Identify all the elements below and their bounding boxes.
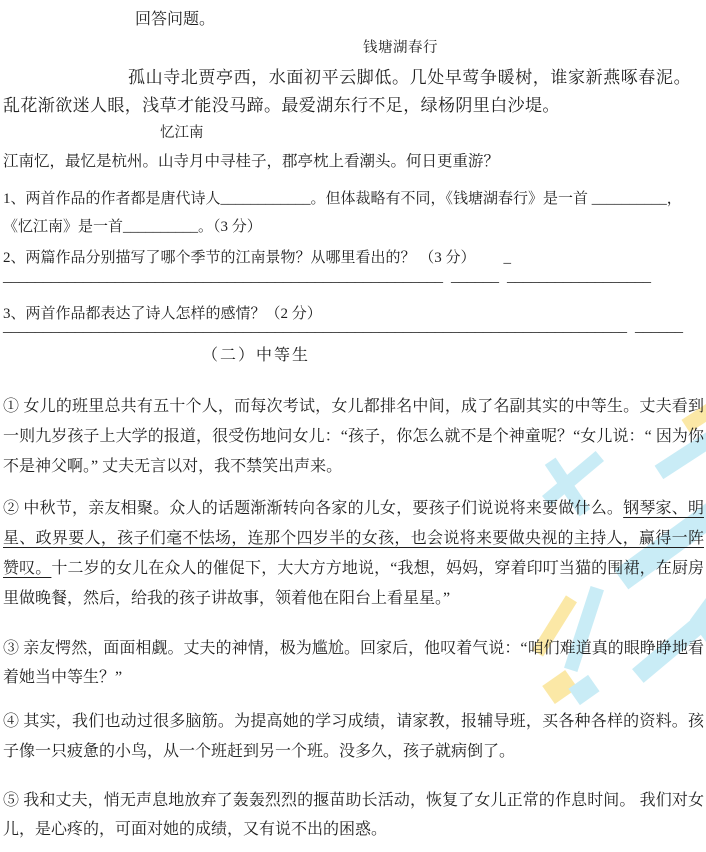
intro-line: 回答问题。 <box>3 6 704 29</box>
question2-inline-blank: _ <box>504 250 512 266</box>
question3-answer-line: ________________________________________… <box>3 316 704 338</box>
paragraph2-post: 十二岁的女儿在众人的催促下，大大方方地说，“我想，妈妈，穿着印叮当猫的围裙，在厨… <box>3 560 704 607</box>
question2: 2、两篇作品分别描写了哪个季节的江南景物？从哪里看出的？ （3 分）_ <box>3 246 704 267</box>
section2-paragraph-1: ① 女儿的班里总共有五十个人，而每次考试，女儿都排名中间，成了名副其实的中等生。… <box>3 392 704 482</box>
poem2-title: 忆江南 <box>3 121 704 142</box>
question2-answer-line: ________________________________________… <box>3 266 704 288</box>
paragraph2-pre: ② 中秋节，亲友相聚。众人的话题渐渐转向各家的儿女，要孩子们说说将来要做什么。 <box>3 500 623 517</box>
section2-paragraph-5: ⑤ 我和丈夫，悄无声息地放弃了轰轰烈烈的揠苗助长活动，恢复了女儿正常的作息时间。… <box>3 786 704 844</box>
poem1-title: 钱塘湖春行 <box>3 36 704 57</box>
question1-line1: 1、两首作品的作者都是唐代诗人____________。但体裁略有不同，《钱塘湖… <box>3 187 704 208</box>
section2-paragraph-4: ④ 其实，我们也动过很多脑筋。为提高她的学习成绩，请家教，报辅导班，买各种各样的… <box>3 707 704 767</box>
document-content: 回答问题。 钱塘湖春行 孤山寺北贾亭西，水面初平云脚低。几处早莺争暖树，谁家新燕… <box>0 0 706 852</box>
question2-text: 2、两篇作品分别描写了哪个季节的江南景物？从哪里看出的？ （3 分） <box>3 250 476 266</box>
question1-line2: 《忆江南》是一首__________。（3 分） <box>3 215 704 236</box>
poem2-line1: 江南忆，最忆是杭州。山寺月中寻桂子，郡亭枕上看潮头。何日更重游？ <box>3 149 704 171</box>
exam-document-page: 回答问题。 钱塘湖春行 孤山寺北贾亭西，水面初平云脚低。几处早莺争暖树，谁家新燕… <box>0 0 706 852</box>
section2-paragraph-2: ② 中秋节，亲友相聚。众人的话题渐渐转向各家的儿女，要孩子们说说将来要做什么。钢… <box>3 494 704 614</box>
poem1-line1: 孤山寺北贾亭西，水面初平云脚低。几处早莺争暖树，谁家新燕啄春泥。 <box>3 63 704 88</box>
section2-title: （二）中等生 <box>3 342 704 365</box>
section2-paragraph-3: ③ 亲友愕然，面面相觑。丈夫的神情，极为尴尬。回家后，他叹着气说：“咱们难道真的… <box>3 634 704 692</box>
poem1-line2: 乱花渐欲迷人眼，浅草才能没马蹄。最爱湖东行不足，绿杨阴里白沙堤。 <box>3 91 704 116</box>
